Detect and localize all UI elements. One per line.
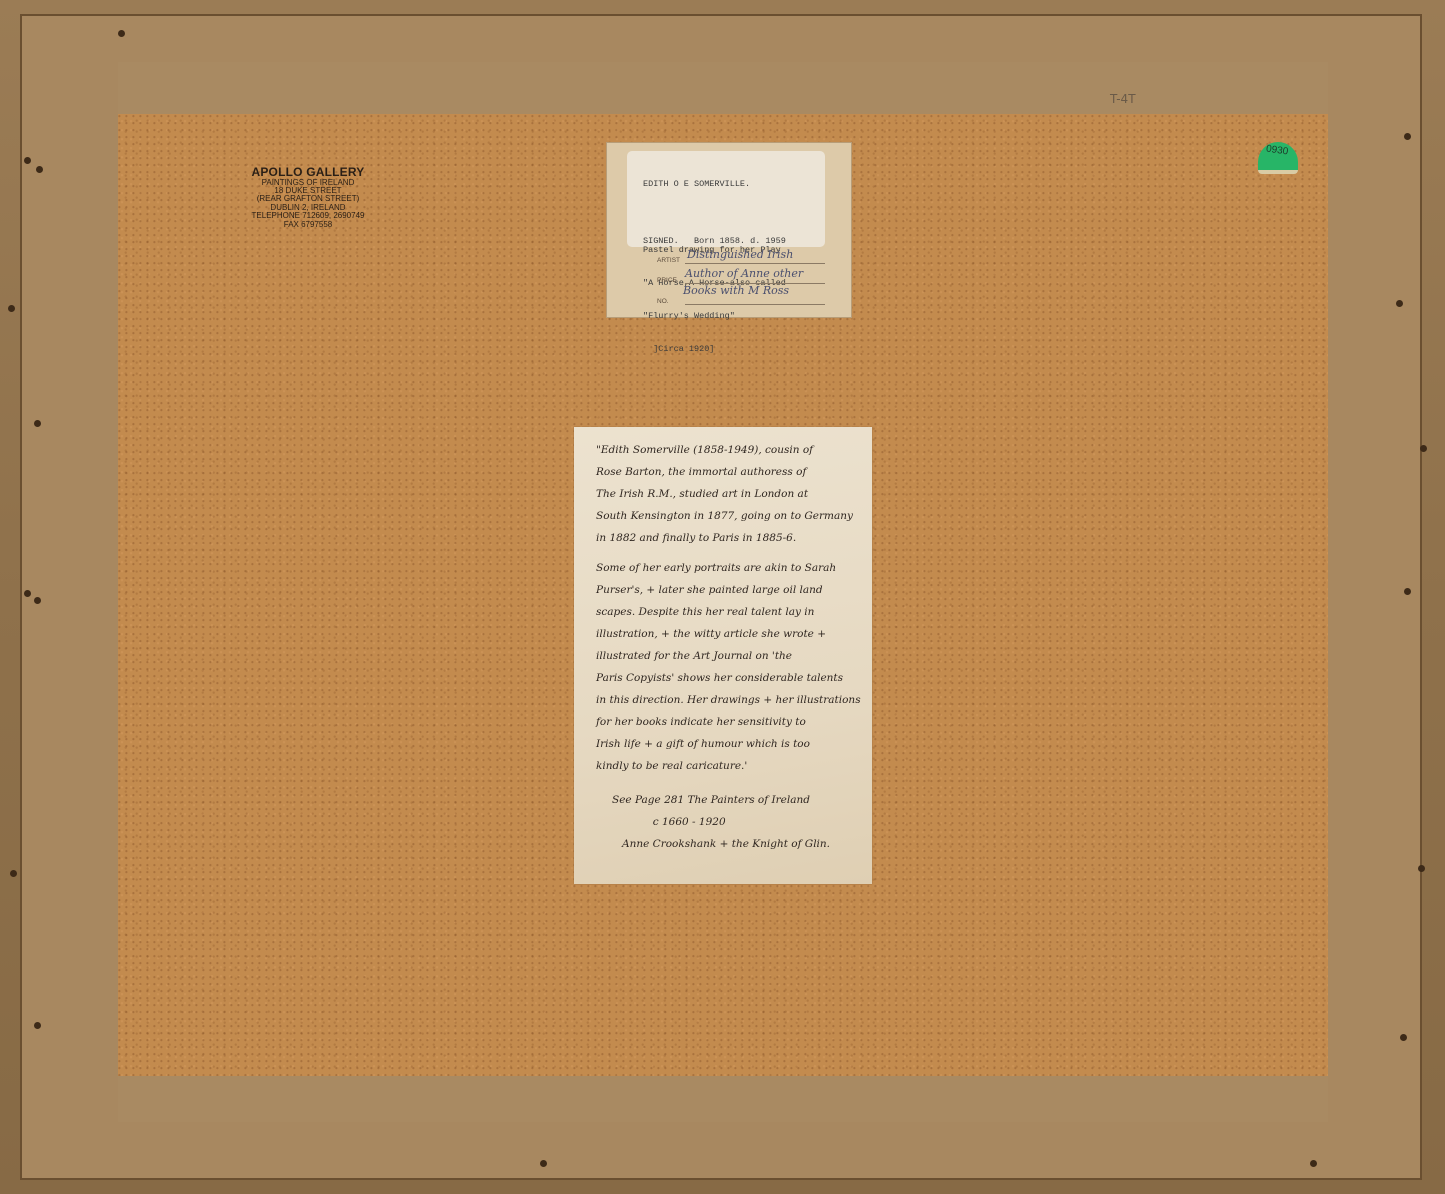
nail	[1404, 133, 1411, 140]
note-line: illustrated for the Art Journal on 'the	[596, 645, 866, 667]
nail	[34, 597, 41, 604]
note-text: "Edith Somerville (1858-1949), cousin of…	[596, 439, 866, 863]
note-line: in 1882 and finally to Paris in 1885-6.	[596, 527, 866, 549]
note-line: See Page 281 The Painters of Ireland	[596, 789, 866, 811]
no-field-line	[685, 304, 825, 305]
note-line: "Edith Somerville (1858-1949), cousin of	[596, 439, 866, 461]
note-line: for her books indicate her sensitivity t…	[596, 711, 866, 733]
note-line: Purser's, + later she painted large oil …	[596, 579, 866, 601]
typed-line: ]Circa 1920]	[643, 344, 843, 355]
nail	[1418, 865, 1425, 872]
nail	[36, 166, 43, 173]
price-field-label: PRICE	[657, 277, 677, 284]
note-line: c 1660 - 1920	[596, 811, 866, 833]
inventory-sticker: 0930	[1258, 142, 1298, 174]
note-line: Irish life + a gift of humour which is t…	[596, 733, 866, 755]
note-line: illustration, + the witty article she wr…	[596, 623, 866, 645]
handwritten-note: "Edith Somerville (1858-1949), cousin of…	[574, 427, 872, 884]
note-line: South Kensington in 1877, going on to Ge…	[596, 505, 866, 527]
handwritten-artist: Distinguished Irish	[687, 248, 793, 261]
gallery-label-card: EDITH O E SOMERVILLE. Pastel drawing for…	[606, 142, 852, 318]
note-line: kindly to be real caricature.'	[596, 755, 866, 777]
nail	[1310, 1160, 1317, 1167]
note-line: Paris Copyists' shows her considerable t…	[596, 667, 866, 689]
nail	[118, 30, 125, 37]
gallery-stamp: APOLLO GALLERY PAINTINGS OF IRELAND 18 D…	[228, 166, 388, 229]
typed-line: EDITH O E SOMERVILLE.	[643, 179, 843, 190]
nail	[10, 870, 17, 877]
note-line: scapes. Despite this her real talent lay…	[596, 601, 866, 623]
nail	[24, 590, 31, 597]
typed-line	[643, 212, 843, 223]
note-paragraph-talent: Some of her early portraits are akin to …	[596, 557, 866, 777]
note-line: in this direction. Her drawings + her il…	[596, 689, 866, 711]
handwritten-books: Books with M Ross	[683, 284, 789, 297]
pencil-mark: T-4T	[1110, 92, 1136, 106]
note-line: The Irish R.M., studied art in London at	[596, 483, 866, 505]
nail	[1420, 445, 1427, 452]
nail	[1404, 588, 1411, 595]
note-line: Rose Barton, the immortal authoress of	[596, 461, 866, 483]
note-line: Some of her early portraits are akin to …	[596, 557, 866, 579]
note-line: Anne Crookshank + the Knight of Glin.	[596, 833, 866, 855]
gallery-name: APOLLO GALLERY	[228, 166, 388, 179]
signed-dates-line: SIGNED. Born 1858. d. 1959	[643, 236, 786, 246]
artist-field-line	[685, 263, 825, 264]
note-paragraph-biography: "Edith Somerville (1858-1949), cousin of…	[596, 439, 866, 549]
handwritten-price: Author of Anne other	[685, 267, 803, 280]
note-paragraph-reference: See Page 281 The Painters of Ireland c 1…	[596, 789, 866, 855]
nail	[1396, 300, 1403, 307]
nail	[1400, 1034, 1407, 1041]
nail	[34, 420, 41, 427]
typed-line: "Flurry's Wedding"	[643, 311, 843, 322]
nail	[34, 1022, 41, 1029]
nail	[24, 157, 31, 164]
artist-field-label: ARTIST	[657, 257, 680, 264]
no-field-label: NO.	[657, 298, 669, 305]
stamp-line: FAX 6797558	[228, 221, 388, 229]
sticker-number: 0930	[1265, 144, 1289, 158]
nail	[540, 1160, 547, 1167]
nail	[8, 305, 15, 312]
